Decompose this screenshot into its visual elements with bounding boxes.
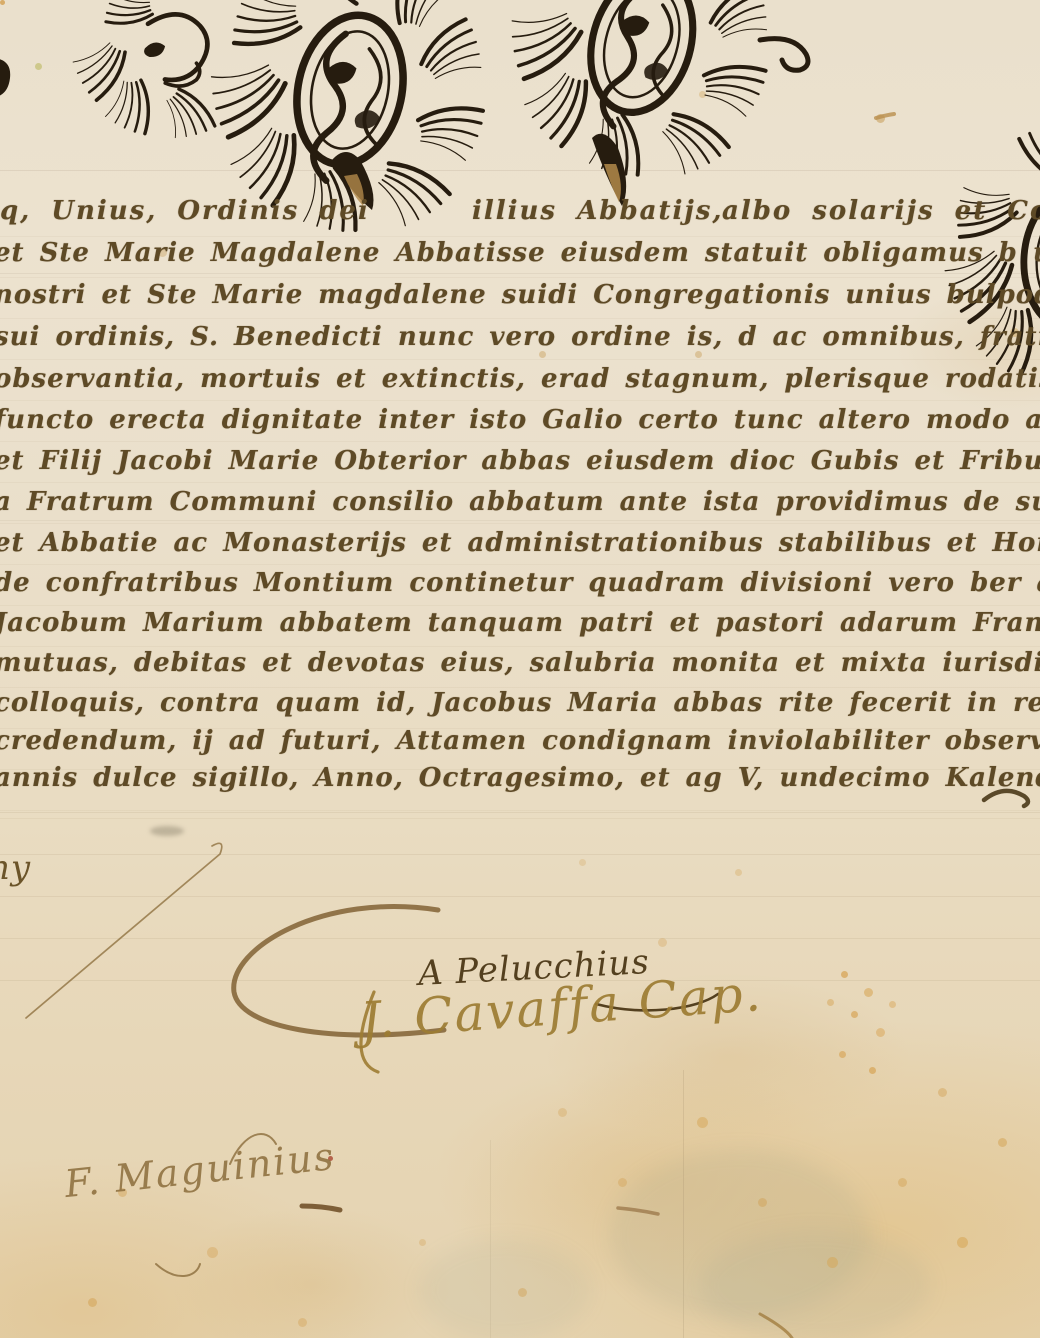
text-end-flourish (984, 791, 1028, 806)
text-line: Jacobum Marium abbatem tanquam patri et … (0, 608, 1040, 638)
text-line: albo solarijs et Collocato in (722, 196, 1040, 226)
text-line: et Ste Marie Magdalene Abbatisse eiusdem… (0, 238, 1040, 268)
diagonal-pen-stroke (26, 843, 222, 1018)
text-line: nostri et Ste Marie magdalene suidi Cong… (0, 280, 1040, 310)
text-line: annis dulce sigillo, Anno, Octragesimo, … (0, 763, 1040, 793)
text-line: et Filij Jacobi Marie Obterior abbas eiu… (0, 446, 1040, 476)
marginal-fragment: ny (0, 848, 31, 888)
ink-dash (302, 1206, 340, 1210)
signature-descender-swash (156, 1264, 200, 1276)
edge-fragment-left (0, 58, 10, 98)
ink-dash (618, 1208, 658, 1214)
ink-dash (876, 114, 894, 118)
foliate-cluster-top-left (64, 0, 220, 151)
text-line: q, Unius, Ordinis dei (0, 196, 370, 226)
text-line: mutuas, debitas et devotas eius, salubri… (0, 648, 1040, 678)
foliate-cartouche-center (501, 0, 808, 206)
text-line: de confratribus Montium continetur quadr… (0, 568, 1040, 598)
text-line: a Fratrum Communi consilio abbatum ante … (0, 487, 1040, 517)
text-line: illius Abbatijs, (472, 196, 723, 226)
manuscript-page: q, Unius, Ordinis dei illius Abbatijs, a… (0, 0, 1040, 1338)
ink-dash (760, 1314, 792, 1338)
text-line: observantia, mortuis et extinctis, erad … (0, 364, 1040, 394)
text-line: credendum, ij ad futuri, Attamen condign… (0, 726, 1040, 756)
text-line: sui ordinis, S. Benedicti nunc vero ordi… (0, 322, 1040, 352)
text-line: et Abbatie ac Monasterijs et administrat… (0, 528, 1040, 558)
text-line: functo erecta dignitate inter isto Galio… (0, 405, 1040, 435)
text-line: colloquis, contra quam id, Jacobus Maria… (0, 688, 1040, 718)
